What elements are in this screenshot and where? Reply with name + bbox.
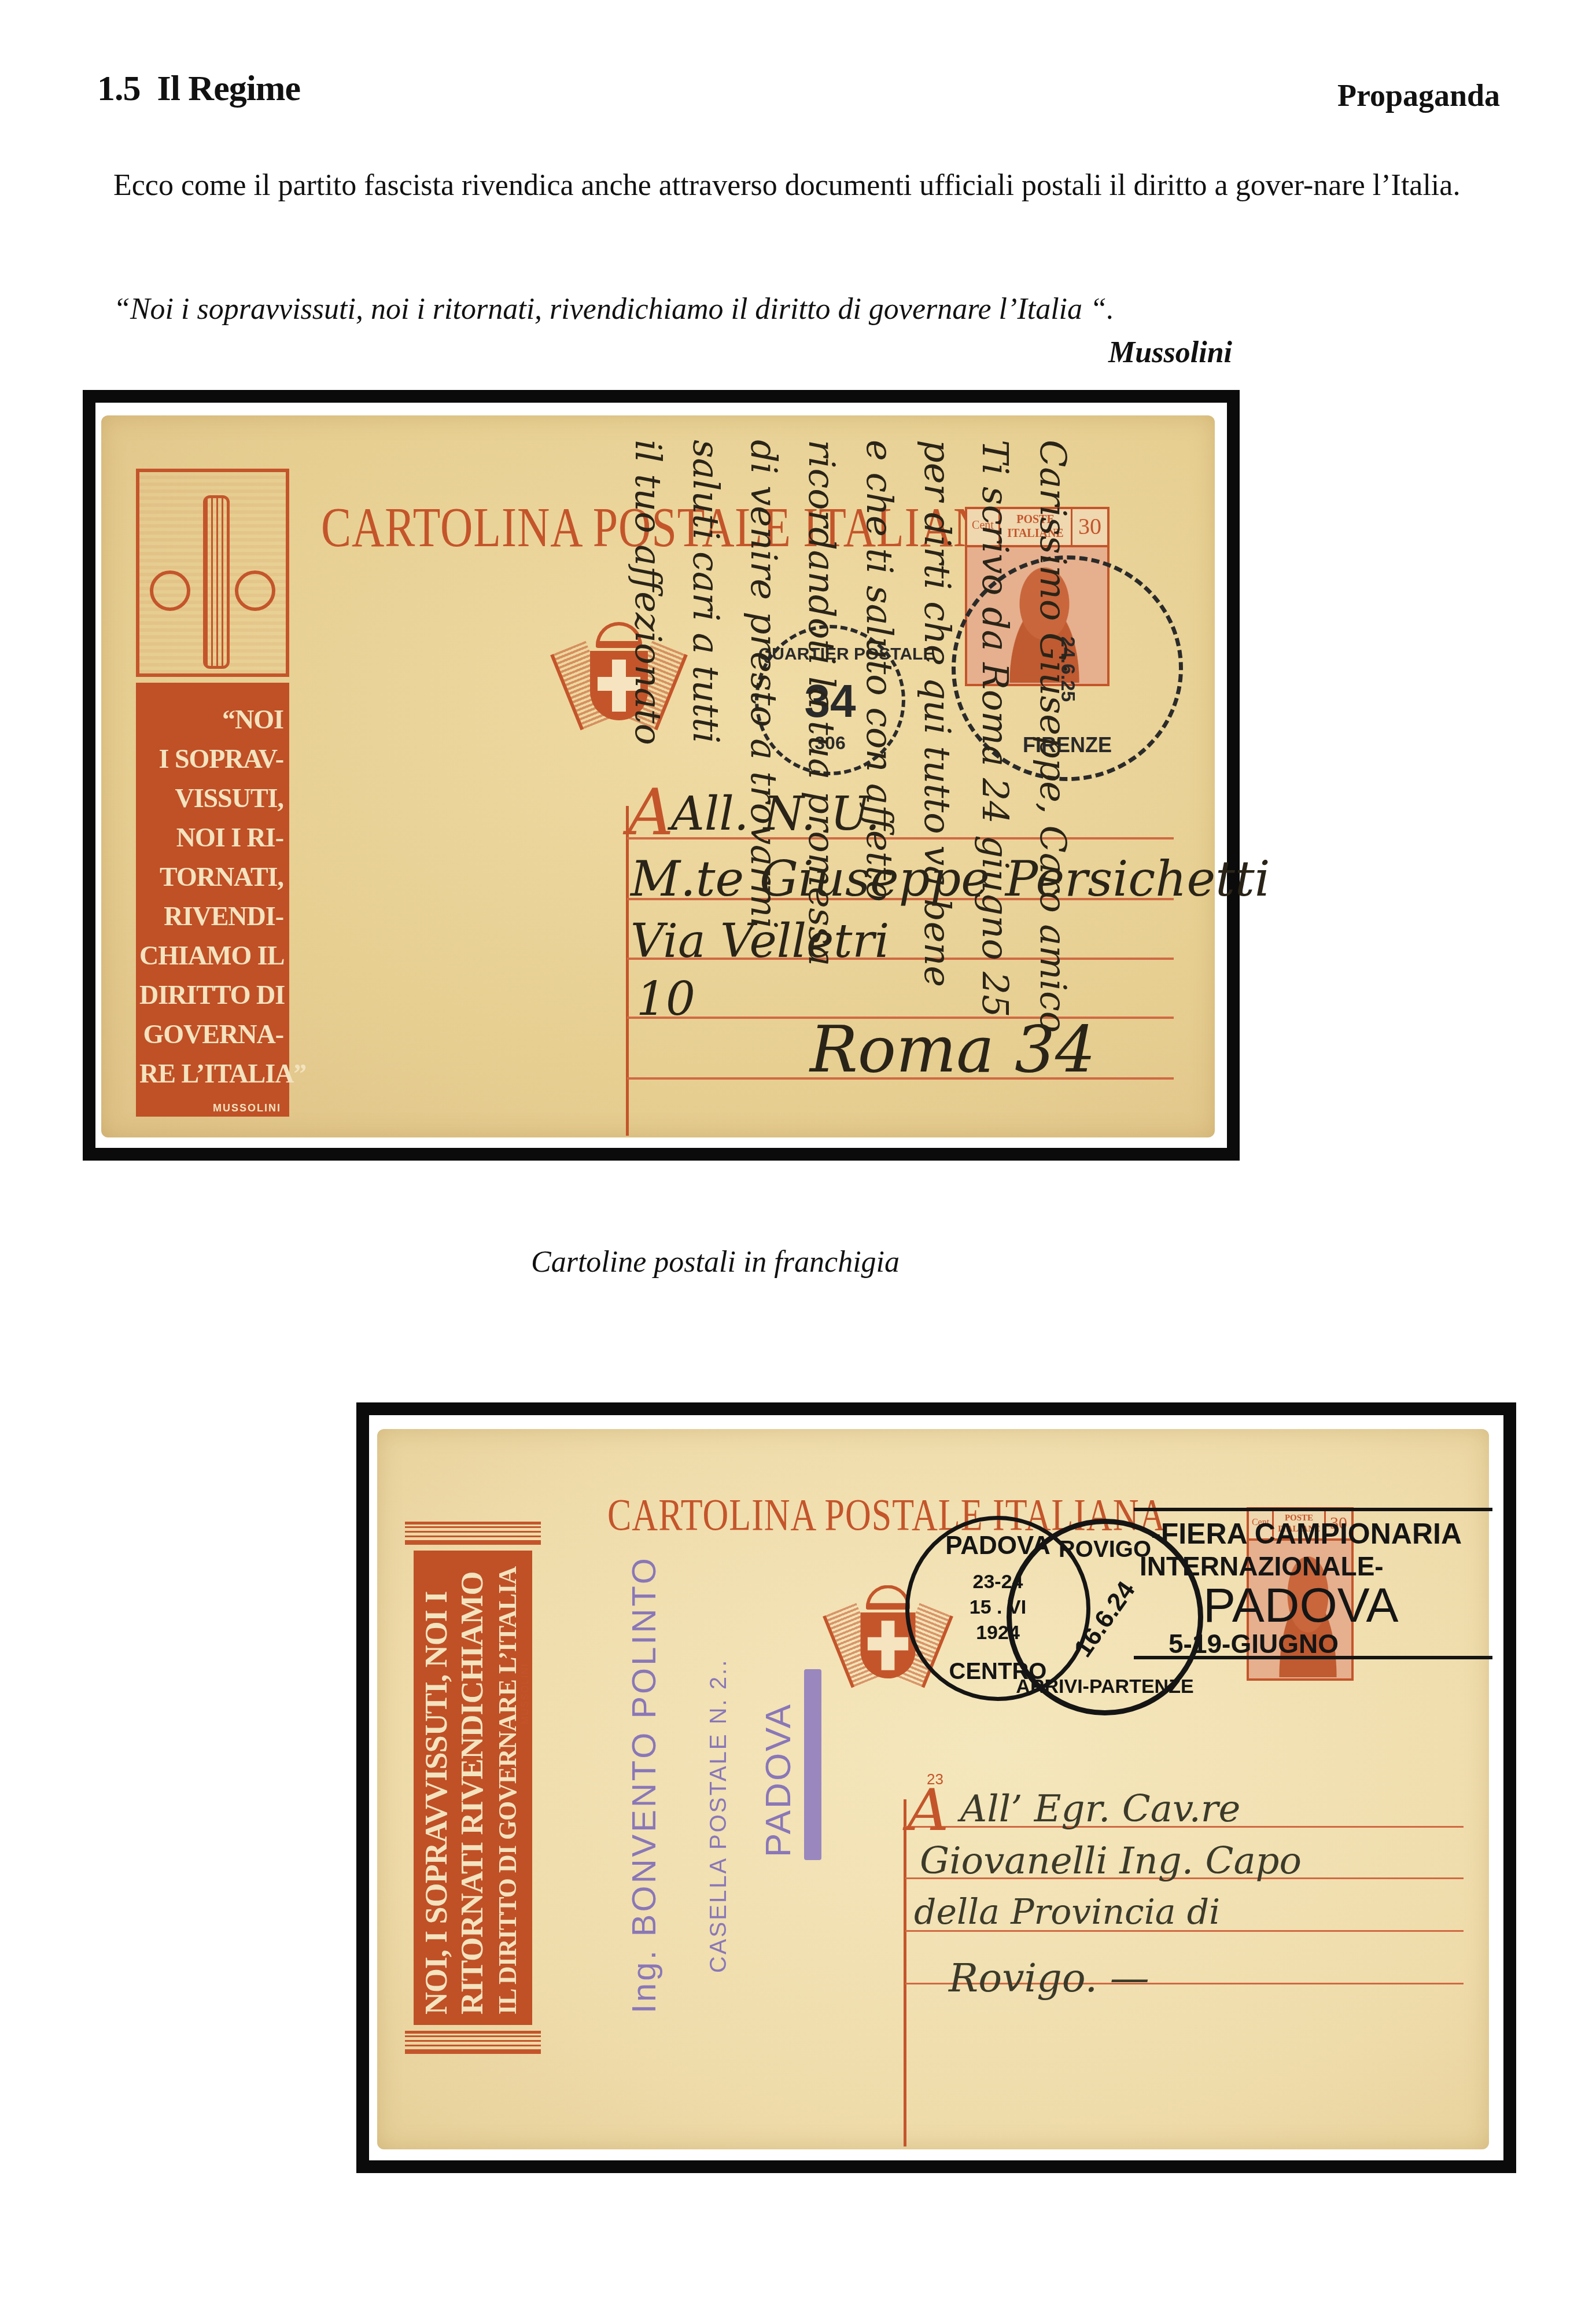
message-line: e che ti saluto con affetto [850,440,908,1099]
slogan-line: NOI, I SOPRAVVISSUTI, NOI I [414,1551,454,2025]
caption: Cartoline postali in franchigia [531,1245,900,1279]
message-line: il tuo affezionato [619,440,677,1099]
sender-cachet-box: CASELLA POSTALE N. 2.. [706,1659,732,1973]
fasces-bar-top [405,1522,541,1545]
propaganda-banner-2: NOI, I SOPRAVVISSUTI, NOI I RITORNATI RI… [405,1481,541,2094]
scroll-ornament-right [235,570,275,611]
slogan-line: IL DIRITTO DI GOVERNARE L’ITALIA [490,1551,526,2025]
slogan-line: RIVENDI- [139,897,283,936]
propaganda-slogan-block: “NOI I SOPRAV- VISSUTI, NOI I RI- TORNAT… [136,683,289,1117]
sender-cachet-city: PADOVA [758,1703,799,1857]
slogan-line: RE L’ITALIA” [139,1054,283,1093]
intro-paragraph: Ecco come il partito fascista rivendica … [113,168,1519,204]
postmark-rovigo-arrivi: ROVIGO 16.6.24 ARRIVI-PARTENZE [1007,1519,1203,1715]
slogan-line: “NOI [139,700,283,739]
quote-author: Mussolini [1041,336,1232,370]
page-title: 1.5 Il Regime [97,68,300,109]
address-line: Rovigo. — [949,1956,1149,2001]
message-line: saluti cari a tutti [677,440,735,1099]
slogan-line: DIRITTO DI [139,975,283,1015]
address-vertical-rule [904,1799,906,2146]
address-line: All’ Egr. Cav.re [960,1788,1240,1831]
banner-signature: MUSSOLINI [521,1663,531,1724]
cachet-ornament-bar [804,1669,821,1860]
message-line: per dirti che qui tutto va bene [908,440,966,1099]
address-line: della Provincia di [914,1892,1220,1932]
slogan-line: CHIAMO IL [139,936,283,975]
slogan-line: I SOPRAV- [139,739,283,779]
scroll-ornament-left [150,570,190,611]
fasces-ornament [136,469,289,677]
sender-cachet-name: Ing. BONVENTO POLINTO [625,1556,664,2013]
message-line: di venire presto a trovarmi [735,440,793,1099]
section-label: Propaganda [1337,78,1500,113]
slogan-line: RITORNATI RIVENDICHIAMO [454,1551,490,2025]
slogan-line: VISSUTI, [139,779,283,818]
message-line: Ti scrivo da Roma 24 giugno 25 [966,440,1024,1099]
slogan-line: NOI I RI- [139,818,283,857]
message-line: Carissimo Giuseppe, Caro amico [1024,440,1082,1099]
fasces-icon [203,495,230,669]
panel-signature: MUSSOLINI [213,1102,281,1114]
mussolini-quote: “Noi i sopravvissuti, noi i ritornati, r… [113,292,1230,326]
slogan-line: TORNATI, [139,857,283,897]
address-line: Giovanelli Ing. Capo [920,1840,1302,1883]
fasces-bar-bottom [405,2031,541,2054]
propaganda-panel-1: “NOI I SOPRAV- VISSUTI, NOI I RI- TORNAT… [136,469,289,1117]
address-prefix: A [907,1776,949,1844]
slogan-line: GOVERNA- [139,1015,283,1054]
banner-slogan: NOI, I SOPRAVVISSUTI, NOI I RITORNATI RI… [414,1551,532,2025]
handwritten-message: Carissimo Giuseppe, Caro amico Ti scrivo… [607,440,1082,1099]
message-line: ricordandoti la tua promessa [793,440,850,1099]
